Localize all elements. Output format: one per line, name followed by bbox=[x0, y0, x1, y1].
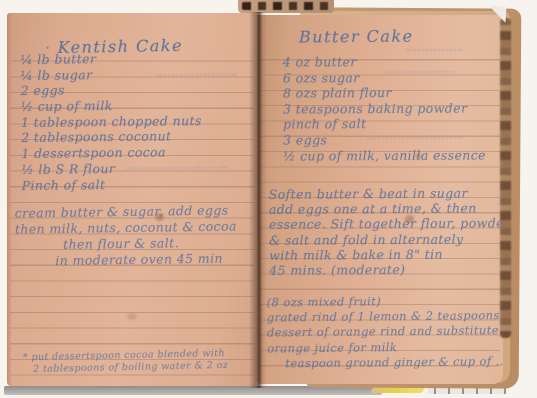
right-page: Butter Cake 4 oz butter6 ozs sugar8 ozs … bbox=[257, 15, 503, 384]
handwritten-line: then milk, nuts, coconut & cocoa bbox=[15, 218, 237, 237]
handwritten-line: 2 eggs bbox=[21, 81, 202, 99]
handwritten-line: ¼ lb butter bbox=[20, 50, 201, 68]
handwritten-line: Soften butter & beat in sugar bbox=[269, 185, 503, 202]
handwritten-line: 3 eggs bbox=[283, 131, 486, 148]
handwritten-line: 2 tablespoons coconut bbox=[21, 128, 202, 146]
handwritten-line: 4 oz butter bbox=[283, 53, 486, 70]
right-ingredients-list: 4 oz butter6 ozs sugar8 ozs plain flour3… bbox=[283, 53, 486, 163]
handwritten-line: 8 ozs plain flour bbox=[283, 85, 486, 102]
handwritten-line: in moderate oven 45 min bbox=[15, 250, 237, 269]
handwritten-line: ¼ lb sugar bbox=[20, 66, 201, 84]
page-stain bbox=[127, 313, 137, 320]
right-method-list: Soften butter & beat in sugaradd eggs on… bbox=[269, 185, 503, 278]
handwritten-line: ½ cup of milk bbox=[21, 97, 202, 115]
handwritten-line: pinch of salt bbox=[283, 116, 486, 133]
handwritten-line: add eggs one at a time, & then bbox=[269, 200, 503, 217]
left-page: Kentish Cake ¼ lb butter¼ lb sugar2 eggs… bbox=[7, 13, 257, 386]
handwritten-line: 3 teaspoons baking powder bbox=[283, 100, 486, 117]
handwritten-line: dessert of orange rind and substitute bbox=[267, 323, 503, 341]
left-footnote: * put dessertspoon cocoa blended with2 t… bbox=[23, 348, 228, 375]
handwritten-line: teaspoon ground ginger & cup of … bbox=[267, 353, 503, 371]
binding-stitches bbox=[242, 2, 332, 10]
corner-fold bbox=[487, 5, 506, 22]
handwritten-line: & salt and fold in alternately bbox=[269, 231, 503, 248]
handwritten-line: 45 mins. (moderate) bbox=[269, 261, 503, 278]
handwritten-line: Pinch of salt bbox=[22, 176, 203, 194]
handwritten-line: ½ cup of milk, vanilla essence bbox=[283, 147, 486, 164]
handwritten-line: 1 dessertspoon cocoa bbox=[21, 144, 202, 162]
ragged-page-edges bbox=[500, 18, 511, 338]
handwritten-line: essence. Sift together flour, powder bbox=[269, 216, 503, 233]
right-recipe-title: Butter Cake bbox=[299, 27, 414, 47]
spine-shadow bbox=[249, 12, 267, 388]
left-method-list: cream butter & sugar, add eggsthen milk,… bbox=[15, 202, 238, 269]
notebook-photo: Kentish Cake ¼ lb butter¼ lb sugar2 eggs… bbox=[0, 0, 537, 398]
left-ingredients-list: ¼ lb butter¼ lb sugar2 eggs½ cup of milk… bbox=[20, 50, 202, 193]
ink-showthrough bbox=[407, 43, 463, 51]
handwritten-line: with milk & bake in 8" tin bbox=[269, 246, 503, 263]
handwritten-line: 1 tablespoon chopped nuts bbox=[21, 113, 202, 131]
handwritten-line: 6 ozs sugar bbox=[283, 69, 486, 86]
handwritten-line: ½ lb S R flour bbox=[21, 160, 202, 178]
right-variation-list: (8 ozs mixed fruit)grated rind of 1 lemo… bbox=[267, 293, 503, 372]
